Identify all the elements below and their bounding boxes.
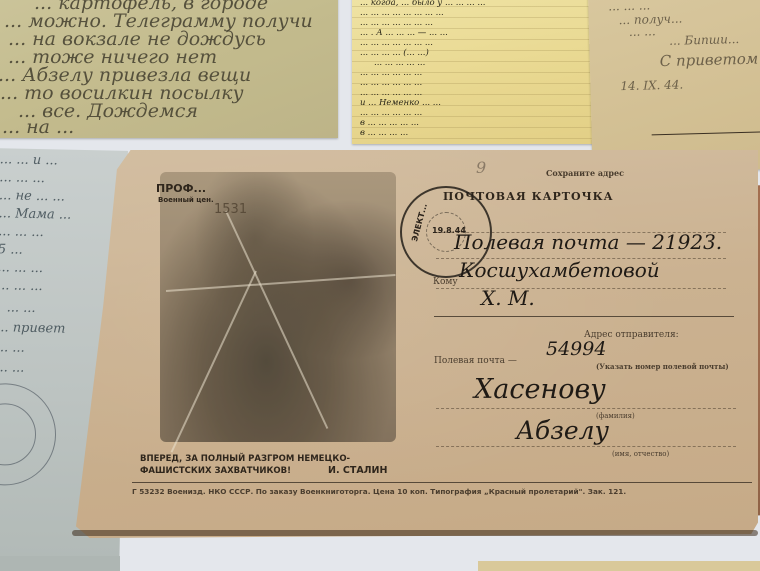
letter-bottom-right — [478, 561, 760, 571]
illustration-publisher: ПРОФ... — [156, 182, 206, 195]
handwritten-line: ... ... ... ... ... ... ... ... — [360, 8, 444, 18]
handwritten-line: ... на ... — [2, 116, 74, 138]
handwritten-line: ... ... ... — [608, 0, 650, 13]
handwritten-line: С приветом — [659, 50, 758, 71]
to-label: Кому — [433, 277, 458, 287]
sender-given-name: Абзелу — [516, 416, 609, 445]
letter-bottom-left — [0, 556, 120, 571]
handwritten-line: ... ... ... — [0, 278, 43, 294]
handwritten-line: ... ... ... — [0, 260, 43, 276]
handwritten-line: ... Мама ... — [0, 206, 71, 223]
address-line — [436, 446, 736, 447]
handwritten-line: ... ... ... ... ... ... — [360, 108, 422, 118]
handwritten-line: ... ... и ... — [0, 152, 58, 168]
handwritten-line: ... ... ... ... ... ... — [360, 88, 422, 98]
letter-top-middle: ... когда, ... было у ... ... ... ... ..… — [352, 0, 604, 144]
handwritten-line: ... . А ... ... ... — ... ... — [360, 28, 448, 38]
handwritten-line: ... ... ... ... ... ... — [360, 68, 422, 78]
address-line — [436, 408, 736, 409]
slogan-line-1: ВПЕРЕД, ЗА ПОЛНЫЙ РАЗГРОМ НЕМЕЦКО- — [140, 454, 350, 464]
handwritten-line: и ... Неменко ... ... — [360, 98, 441, 108]
handwritten-line: ... когда, ... было у ... ... ... ... — [360, 0, 485, 8]
footer-rule — [132, 482, 752, 483]
sender-field-post-label: Полевая почта — — [434, 356, 517, 366]
postcard-torn-edge — [72, 530, 758, 536]
letter-top-left: ... картофель, в городе ... можно. Телег… — [0, 0, 338, 138]
separator-rule — [434, 316, 734, 317]
handwritten-line: ... ... — [0, 340, 25, 356]
field-postcard: ПРОФ... Военный цен. 1531 Сохраните адре… — [76, 150, 758, 538]
recipient-initials: Х. М. — [481, 286, 535, 310]
handwritten-line: ... ... ... — [0, 224, 44, 240]
handwritten-line: ... ... — [6, 300, 35, 316]
slogan-author: И. СТАЛИН — [328, 465, 387, 476]
illustration-number: 1531 — [214, 202, 247, 217]
handwritten-line: в ... ... ... ... — [360, 128, 408, 138]
handwritten-line: ... Бипши... — [669, 32, 739, 48]
handwritten-line: ... ... ... ... ... ... — [360, 78, 422, 88]
printed-rule — [652, 131, 760, 136]
header-small-print: Сохраните адрес — [546, 168, 624, 178]
handwritten-line: в ... ... ... ... ... — [360, 118, 419, 128]
handwritten-line: ... ... — [629, 24, 656, 39]
handwritten-line: ... ... ... ... (... ...) — [360, 48, 429, 58]
handwritten-line: 14. IX. 44. — [620, 78, 683, 94]
handwritten-line: ... ... ... ... ... ... ... — [360, 18, 433, 28]
handwritten-line: ... ... ... ... ... — [374, 58, 425, 68]
handwritten-line: ... не ... ... — [0, 188, 65, 204]
sender-surname: Хасенову — [474, 374, 606, 405]
letter-top-right: ... ... ... ... получ... ... ... ... Бип… — [588, 0, 760, 174]
address-line — [436, 288, 726, 289]
recipient-field-post: Полевая почта — 21923. — [454, 230, 722, 254]
handwritten-line: ... привет — [0, 320, 66, 336]
handwritten-line: ... ... — [0, 360, 24, 376]
recipient-name: Косшухамбетовой — [459, 258, 660, 282]
given-name-label: (имя, отчество) — [612, 450, 669, 458]
handwritten-line: ... ... ... ... ... ... ... — [360, 38, 433, 48]
printer-footer: Г 53232 Военизд. НКО СССР. По заказу Вое… — [132, 487, 626, 496]
sender-field-post-number: 54994 — [546, 338, 606, 360]
illustration-publisher-sub: Военный цен. — [158, 196, 214, 204]
handwritten-line: 5 ... — [0, 242, 23, 258]
pencil-mark: 9 — [476, 158, 486, 177]
sender-field-post-hint: (Указать номер полевой почты) — [596, 362, 729, 371]
handwritten-line: ... ... ... — [0, 170, 45, 186]
slogan-line-2: ФАШИСТСКИХ ЗАХВАТЧИКОВ! — [140, 466, 291, 476]
